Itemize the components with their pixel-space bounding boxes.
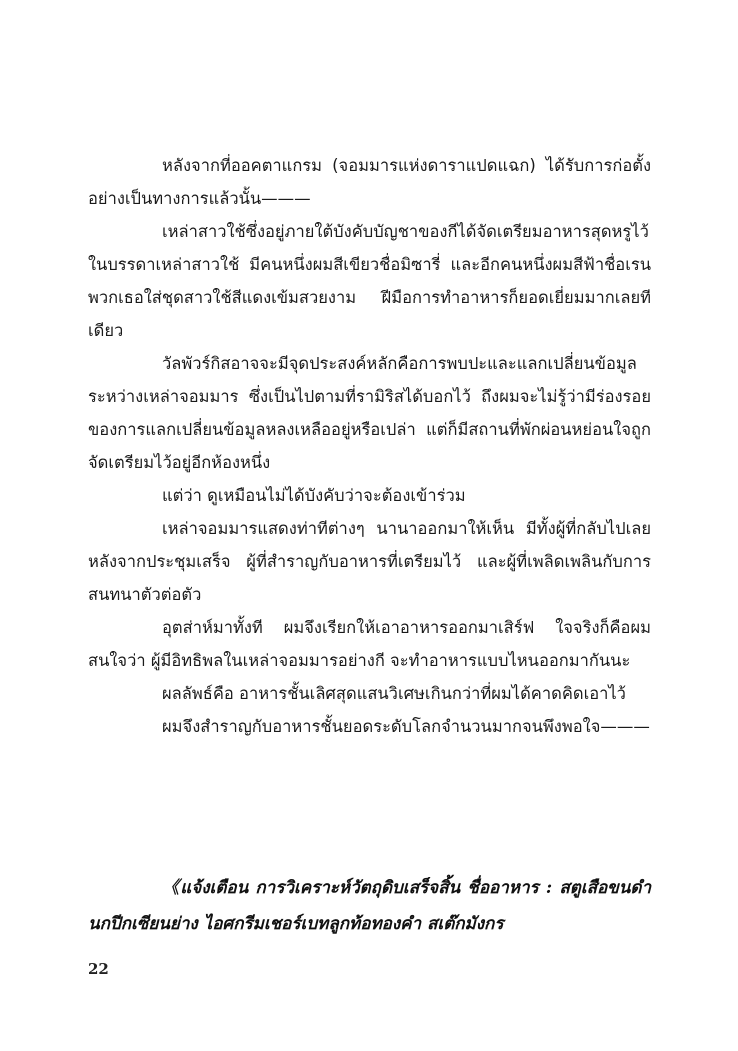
notice-text: 《แจ้งเตือน การวิเคราะห์วัตถุดิบเสร็จสิ้น… [88, 870, 651, 942]
paragraph: หลังจากที่ออคตาแกรม (จอมมารแห่งดาราแปดแฉ… [88, 149, 651, 215]
paragraph: วัลพัวร์กิสอาจจะมีจุดประสงค์หลักคือการพบ… [88, 347, 651, 479]
page-number: 22 [88, 960, 109, 978]
paragraph: เหล่าสาวใช้ซึ่งอยู่ภายใต้บังคับบัญชาของก… [88, 215, 651, 347]
paragraph: แต่ว่า ดูเหมือนไม่ได้บังคับว่าจะต้องเข้า… [88, 479, 651, 512]
book-page: หลังจากที่ออคตาแกรม (จอมมารแห่งดาราแปดแฉ… [0, 0, 738, 1051]
paragraph: อุตส่าห์มาทั้งที ผมจึงเรียกให้เอาอาหารออ… [88, 611, 651, 677]
body-text: หลังจากที่ออคตาแกรม (จอมมารแห่งดาราแปดแฉ… [88, 149, 651, 743]
paragraph: ผมจึงสำราญกับอาหารชั้นยอดระดับโลกจำนวนมา… [88, 710, 651, 743]
paragraph: เหล่าจอมมารแสดงท่าทีต่างๆ นานาออกมาให้เห… [88, 512, 651, 611]
paragraph: ผลลัพธ์คือ อาหารชั้นเลิศสุดแสนวิเศษเกินก… [88, 677, 651, 710]
system-notice: 《แจ้งเตือน การวิเคราะห์วัตถุดิบเสร็จสิ้น… [88, 870, 651, 942]
